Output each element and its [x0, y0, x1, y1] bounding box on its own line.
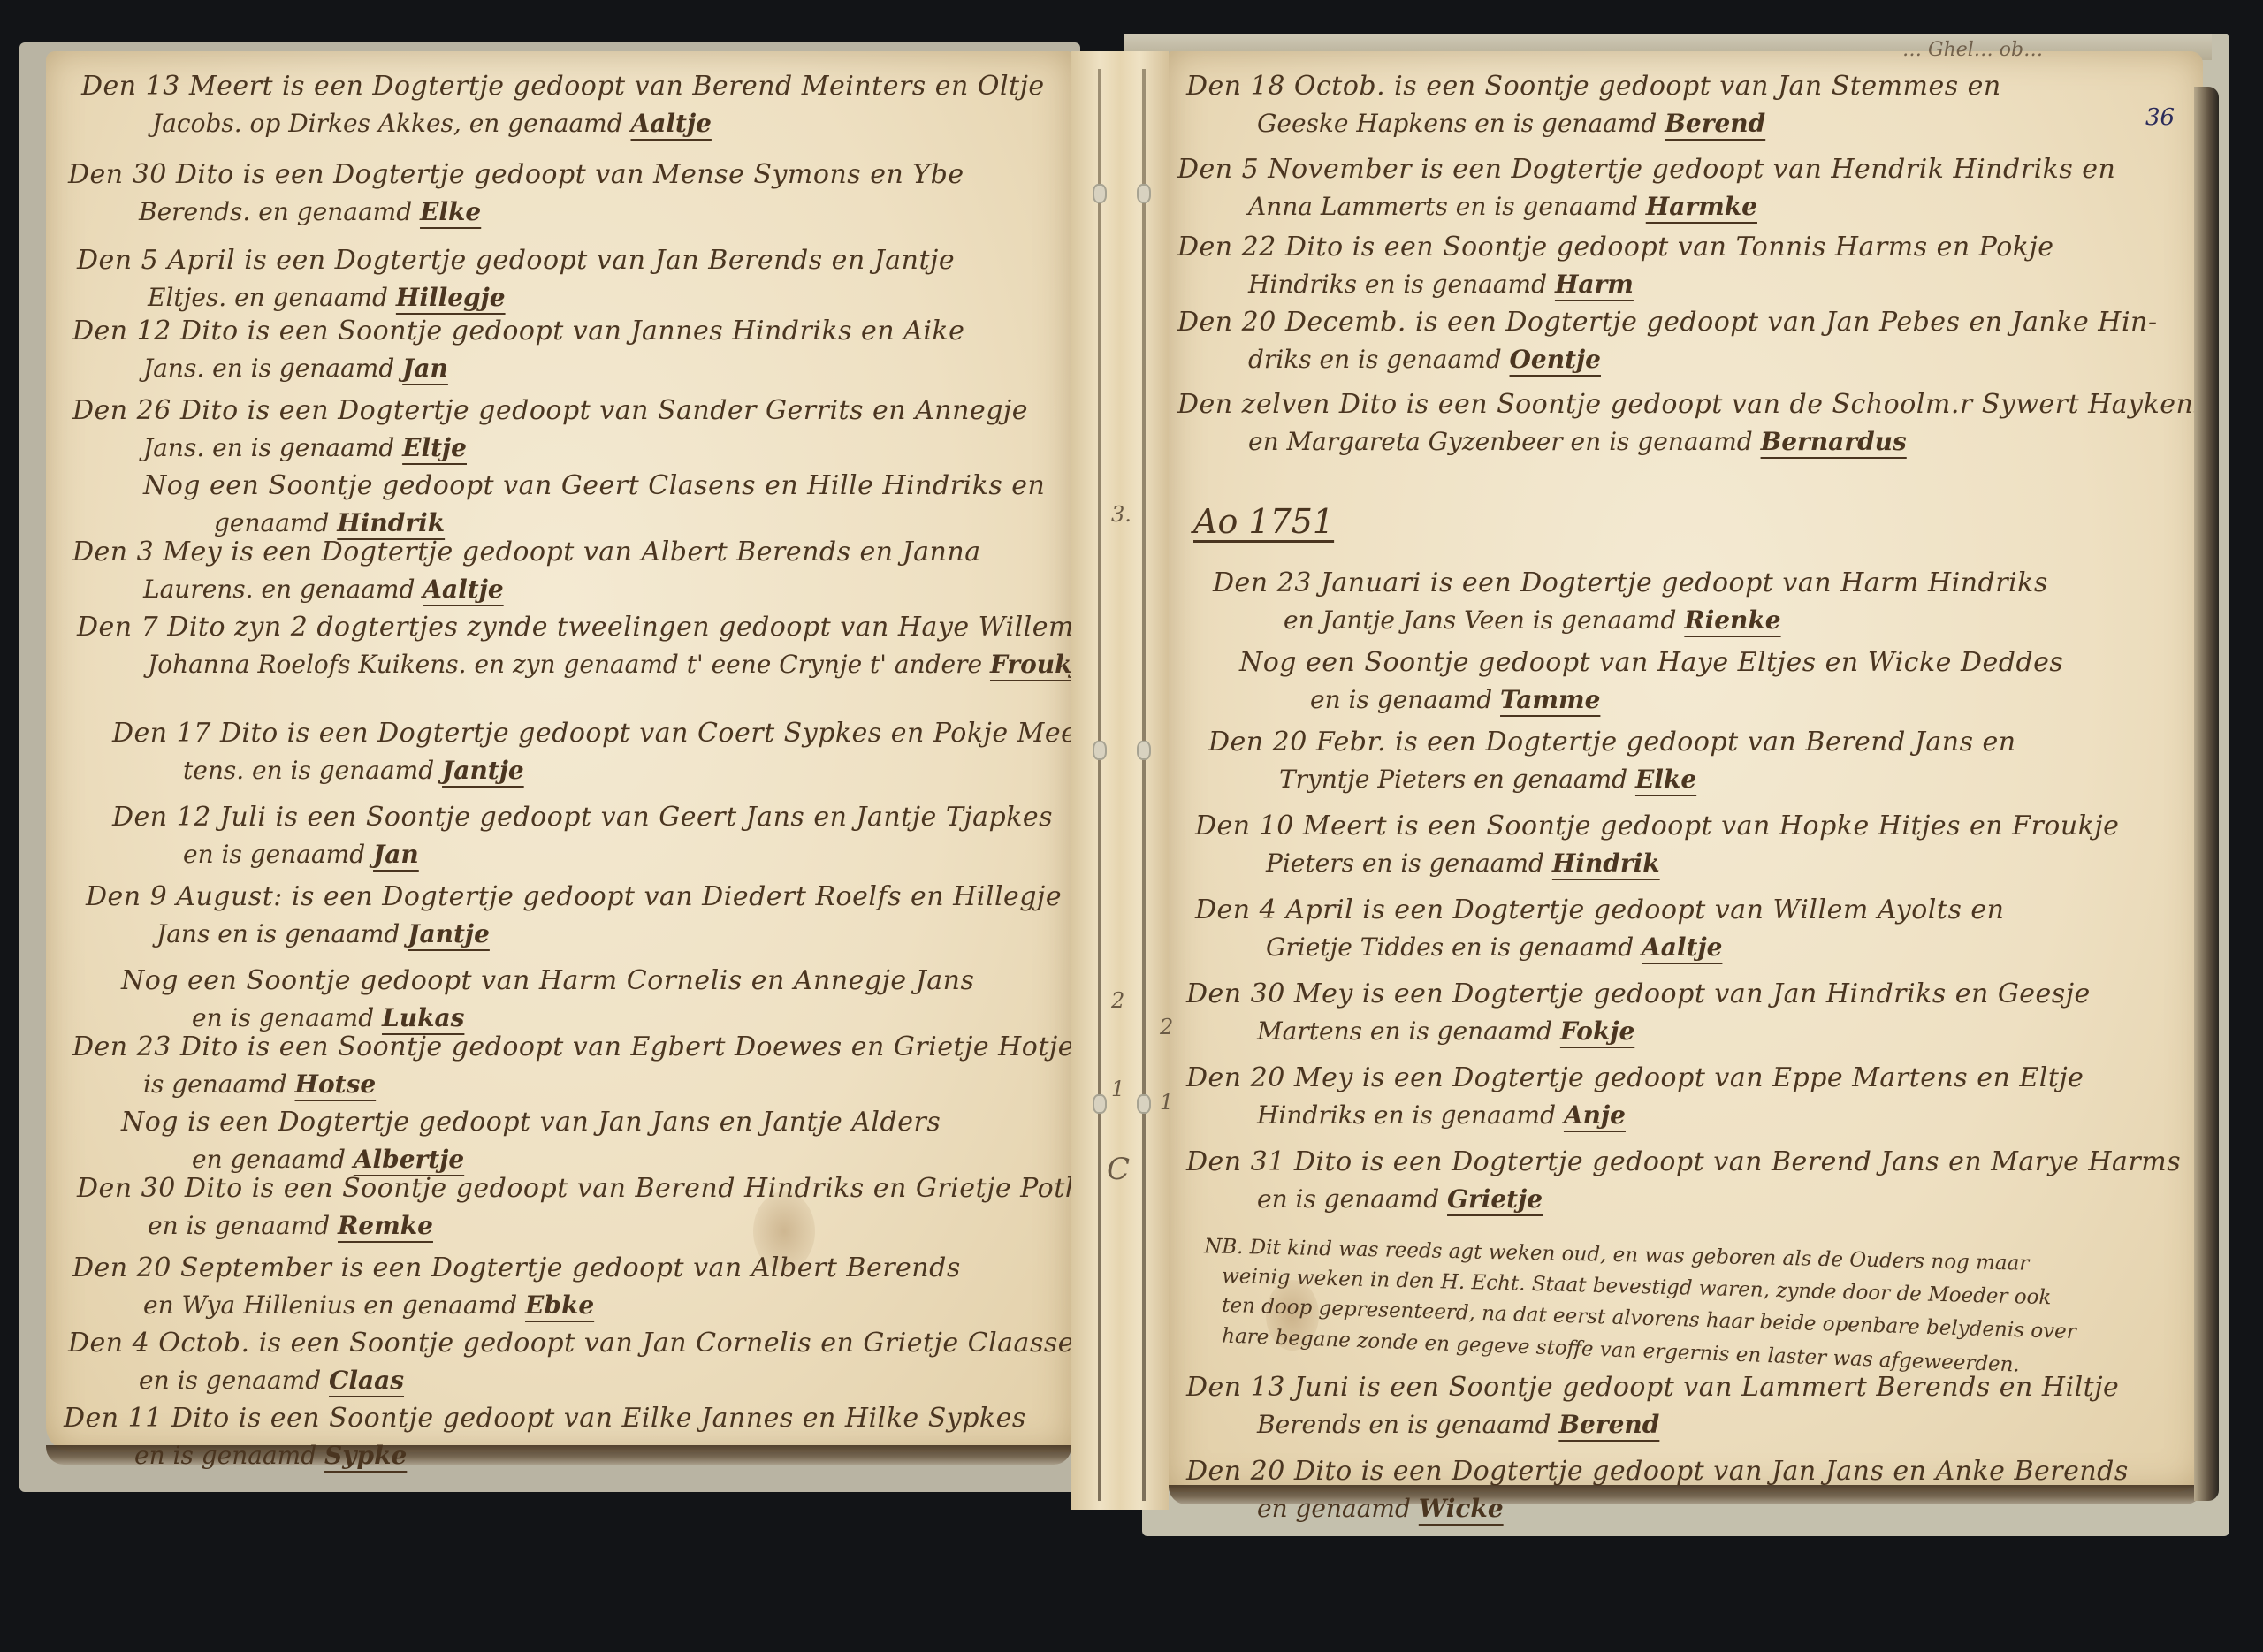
entry-line-2: Jacobs. op Dirkes Akkes, en genaamd Aalt… — [152, 106, 1045, 141]
right-page: … Ghel… ob… 36 Den 18 Octob. is een Soon… — [1169, 51, 2203, 1492]
register-entry: Den 9 August: is een Dogtertje gedoopt v… — [86, 878, 1062, 952]
child-name: Jan — [402, 354, 448, 383]
stitch-knot — [1137, 741, 1151, 760]
entry-line-2: Anna Lammerts en is genaamd Harmke — [1248, 189, 2115, 225]
entry-line-1: Nog een Soontje gedoopt van Geert Clasen… — [143, 467, 1045, 506]
entry-line-2: Geeske Hapkens en is genaamd Berend — [1257, 106, 2001, 141]
register-entry: Den 20 September is een Dogtertje gedoop… — [72, 1249, 961, 1323]
entry-line-2: en is genaamd Grietje — [1257, 1182, 2181, 1217]
child-name: Rienke — [1684, 605, 1780, 635]
entry-line-2: en is genaamd Jan — [183, 837, 1053, 872]
child-name: Jantje — [408, 919, 490, 948]
entry-line-2: Pieters en is genaamd Hindrik — [1266, 846, 2119, 881]
register-entry: Den 5 November is een Dogtertje gedoopt … — [1177, 150, 2115, 225]
entry-line-1: Den 20 September is een Dogtertje gedoop… — [72, 1249, 961, 1288]
child-name: Jan — [373, 840, 419, 869]
entry-line-1: Den 12 Dito is een Soontje gedoopt van J… — [72, 312, 964, 351]
entry-line-2: Berends. en genaamd Elke — [139, 194, 964, 230]
year-heading: Ao 1751 — [1193, 502, 1334, 541]
register-entry: Den 26 Dito is een Dogtertje gedoopt van… — [72, 392, 1028, 466]
entry-line-1: Den 23 Dito is een Soontje gedoopt van E… — [72, 1028, 1131, 1067]
register-entry: Den 5 April is een Dogtertje gedoopt van… — [77, 241, 955, 316]
child-name: Grietje — [1447, 1184, 1543, 1214]
entry-line-1: Den 23 Januari is een Dogtertje gedoopt … — [1213, 564, 2048, 603]
child-name: Bernardus — [1761, 427, 1907, 456]
child-name: Aaltje — [1642, 933, 1722, 962]
child-name: Berend — [1558, 1410, 1659, 1439]
entry-line-1: Den 31 Dito is een Dogtertje gedoopt van… — [1186, 1143, 2181, 1182]
register-entry: Den 11 Dito is een Soontje gedoopt van E… — [64, 1399, 1026, 1473]
child-name: Wicke — [1419, 1494, 1504, 1523]
entry-line-1: Nog is een Dogtertje gedoopt van Jan Jan… — [121, 1103, 941, 1142]
child-name: Berend — [1665, 109, 1765, 138]
register-entry: Den 12 Juli is een Soontje gedoopt van G… — [112, 798, 1053, 872]
entry-line-2: Hindriks en is genaamd Harm — [1248, 267, 2054, 302]
right-page-stack-edge — [2194, 87, 2219, 1501]
stitch-knot — [1137, 184, 1151, 203]
entry-line-2: Grietje Tiddes en is genaamd Aaltje — [1266, 930, 2004, 965]
register-entry: Nog een Soontje gedoopt van Haye Eltjes … — [1239, 643, 2063, 718]
entry-line-1: Den 30 Dito is een Soontje gedoopt van B… — [77, 1169, 1113, 1208]
entry-line-2: en genaamd Wicke — [1257, 1491, 2129, 1526]
child-name: Oentje — [1510, 345, 1601, 374]
child-name: Fokje — [1560, 1016, 1634, 1046]
entry-line-2: en is genaamd Sypke — [134, 1438, 1026, 1473]
child-name: Harm — [1555, 270, 1634, 299]
register-entry: Nog is een Dogtertje gedoopt van Jan Jan… — [121, 1103, 941, 1177]
entry-line-1: Den 12 Juli is een Soontje gedoopt van G… — [112, 798, 1053, 837]
child-name: Tamme — [1500, 685, 1600, 714]
stitch-knot — [1137, 1094, 1151, 1114]
register-entry: Den 13 Meert is een Dogtertje gedoopt va… — [81, 67, 1045, 141]
gutter-mark: 3. — [1111, 502, 1131, 527]
register-entry: Nog een Soontje gedoopt van Harm Corneli… — [121, 962, 974, 1036]
entry-line-2: Laurens. en genaamd Aaltje — [143, 572, 981, 607]
top-margin-scribble: … Ghel… ob… — [1902, 39, 2043, 61]
entry-line-2: is genaamd Hotse — [143, 1067, 1131, 1102]
entry-line-2: Jans. en is genaamd Eltje — [143, 430, 1028, 466]
entry-line-2: Hindriks en is genaamd Anje — [1257, 1098, 2084, 1133]
register-entry: Den 30 Dito is een Soontje gedoopt van B… — [77, 1169, 1113, 1244]
open-register-book: Den 13 Meert is een Dogtertje gedoopt va… — [19, 34, 2221, 1625]
child-name: Aaltje — [631, 109, 712, 138]
entry-line-1: Nog een Soontje gedoopt van Harm Corneli… — [121, 962, 974, 1001]
entry-line-1: Den 4 Octob. is een Soontje gedoopt van … — [68, 1324, 1106, 1363]
entry-line-2: Jans en is genaamd Jantje — [156, 917, 1062, 952]
entry-line-2: en Jantje Jans Veen is genaamd Rienke — [1284, 603, 2048, 638]
entry-line-1: Den 30 Dito is een Dogtertje gedoopt van… — [68, 156, 964, 194]
margin-mark: 2 — [1160, 1015, 1173, 1039]
entry-line-1: Den 10 Meert is een Soontje gedoopt van … — [1195, 807, 2119, 846]
register-entry: Den 22 Dito is een Soontje gedoopt van T… — [1177, 228, 2054, 302]
entry-line-1: Den 20 Febr. is een Dogtertje gedoopt va… — [1208, 723, 2016, 762]
child-name: Hindrik — [1552, 849, 1660, 878]
register-entry: Den 3 Mey is een Dogtertje gedoopt van A… — [72, 533, 981, 607]
register-entry: Nog een Soontje gedoopt van Geert Clasen… — [143, 467, 1045, 541]
binding-thread-left — [1098, 69, 1101, 1501]
stitch-knot — [1093, 1094, 1107, 1114]
register-entry: Den 23 Dito is een Soontje gedoopt van E… — [72, 1028, 1131, 1102]
entry-line-2: Eltjes. en genaamd Hillegje — [148, 280, 955, 316]
gutter-mark: 1 — [1111, 1077, 1124, 1101]
child-name: Anje — [1564, 1100, 1626, 1130]
register-entry: Den 7 Dito zyn 2 dogtertjes zynde tweeli… — [77, 608, 1131, 682]
child-name: Sypke — [324, 1441, 407, 1470]
entry-line-1: Den 5 April is een Dogtertje gedoopt van… — [77, 241, 955, 280]
register-entry: Den 20 Decemb. is een Dogtertje gedoopt … — [1177, 303, 2158, 377]
entry-line-2: Tryntje Pieters en genaamd Elke — [1279, 762, 2016, 797]
entry-line-1: Den 18 Octob. is een Soontje gedoopt van… — [1186, 67, 2001, 106]
register-entry: Den 20 Febr. is een Dogtertje gedoopt va… — [1208, 723, 2016, 797]
entry-line-1: Den 11 Dito is een Soontje gedoopt van E… — [64, 1399, 1026, 1438]
entry-line-1: Den 22 Dito is een Soontje gedoopt van T… — [1177, 228, 2054, 267]
book-gutter: 3. 2 1 C — [1071, 51, 1169, 1510]
entry-line-1: Den 4 April is een Dogtertje gedoopt van… — [1195, 891, 2004, 930]
entry-line-1: Den 13 Meert is een Dogtertje gedoopt va… — [81, 67, 1045, 106]
register-entry: Den 20 Dito is een Dogtertje gedoopt van… — [1186, 1452, 2129, 1526]
entry-line-1: Den 17 Dito is een Dogtertje gedoopt van… — [112, 714, 1100, 753]
child-name: Harmke — [1646, 192, 1757, 221]
entry-line-2: driks en is genaamd Oentje — [1248, 342, 2158, 377]
entry-line-1: Den 20 Mey is een Dogtertje gedoopt van … — [1186, 1059, 2084, 1098]
entry-line-2: Jans. en is genaamd Jan — [143, 351, 964, 386]
entry-line-1: Nog een Soontje gedoopt van Haye Eltjes … — [1239, 643, 2063, 682]
child-name: Eltje — [402, 433, 467, 462]
margin-mark: 1 — [1160, 1090, 1173, 1115]
register-entry: Den 13 Juni is een Soontje gedoopt van L… — [1186, 1368, 2119, 1443]
child-name: Elke — [420, 197, 481, 226]
binding-thread-right — [1142, 69, 1146, 1501]
entry-line-1: Den 20 Decemb. is een Dogtertje gedoopt … — [1177, 303, 2158, 342]
entry-line-2: Martens en is genaamd Fokje — [1257, 1014, 2091, 1049]
entry-line-2: Johanna Roelofs Kuikens. en zyn genaamd … — [148, 647, 1131, 682]
register-entry: Den 4 Octob. is een Soontje gedoopt van … — [68, 1324, 1106, 1398]
register-entry: Den 12 Dito is een Soontje gedoopt van J… — [72, 312, 964, 386]
child-name: Claas — [329, 1366, 404, 1395]
register-entry: Den 4 April is een Dogtertje gedoopt van… — [1195, 891, 2004, 965]
register-entry: Den 20 Mey is een Dogtertje gedoopt van … — [1186, 1059, 2084, 1133]
folio-number: 36 — [2145, 104, 2175, 131]
register-entry: Den 18 Octob. is een Soontje gedoopt van… — [1186, 67, 2001, 141]
child-name: Aaltje — [423, 575, 503, 604]
stitch-knot — [1093, 184, 1107, 203]
entry-line-1: Den 7 Dito zyn 2 dogtertjes zynde tweeli… — [77, 608, 1131, 647]
child-name: Hillegje — [396, 283, 506, 312]
register-entry: Den 30 Mey is een Dogtertje gedoopt van … — [1186, 975, 2091, 1049]
entry-line-1: Den 26 Dito is een Dogtertje gedoopt van… — [72, 392, 1028, 430]
child-name: Elke — [1635, 765, 1696, 794]
register-entry: Den zelven Dito is een Soontje gedoopt v… — [1177, 385, 2207, 460]
register-entry: Den 23 Januari is een Dogtertje gedoopt … — [1213, 564, 2048, 638]
entry-line-2: en Margareta Gyzenbeer en is genaamd Ber… — [1248, 424, 2207, 460]
child-name: Remke — [338, 1211, 433, 1240]
entry-line-1: Den 5 November is een Dogtertje gedoopt … — [1177, 150, 2115, 189]
entry-line-1: Den 20 Dito is een Dogtertje gedoopt van… — [1186, 1452, 2129, 1491]
child-name: Jantje — [442, 756, 524, 785]
gutter-mark: C — [1107, 1152, 1130, 1187]
entry-line-1: Den 9 August: is een Dogtertje gedoopt v… — [86, 878, 1062, 917]
child-name: Ebke — [525, 1290, 594, 1320]
entry-line-1: Den 30 Mey is een Dogtertje gedoopt van … — [1186, 975, 2091, 1014]
left-page: Den 13 Meert is een Dogtertje gedoopt va… — [46, 51, 1071, 1452]
entry-line-1: Den 3 Mey is een Dogtertje gedoopt van A… — [72, 533, 981, 572]
entry-line-2: en is genaamd Tamme — [1310, 682, 2063, 718]
entry-line-2: Berends en is genaamd Berend — [1257, 1407, 2119, 1443]
entry-line-2: en is genaamd Remke — [148, 1208, 1113, 1244]
entry-line-2: en is genaamd Claas — [139, 1363, 1106, 1398]
register-entry: Den 17 Dito is een Dogtertje gedoopt van… — [112, 714, 1100, 788]
register-entry: Den 10 Meert is een Soontje gedoopt van … — [1195, 807, 2119, 881]
register-entry: Den 31 Dito is een Dogtertje gedoopt van… — [1186, 1143, 2181, 1217]
register-entry: Den 30 Dito is een Dogtertje gedoopt van… — [68, 156, 964, 230]
entry-line-2: tens. en is genaamd Jantje — [183, 753, 1100, 788]
entry-line-2: en Wya Hillenius en genaamd Ebke — [143, 1288, 961, 1323]
stitch-knot — [1093, 741, 1107, 760]
entry-line-1: Den zelven Dito is een Soontje gedoopt v… — [1177, 385, 2207, 424]
gutter-mark: 2 — [1111, 988, 1124, 1013]
child-name: Hotse — [295, 1070, 377, 1099]
